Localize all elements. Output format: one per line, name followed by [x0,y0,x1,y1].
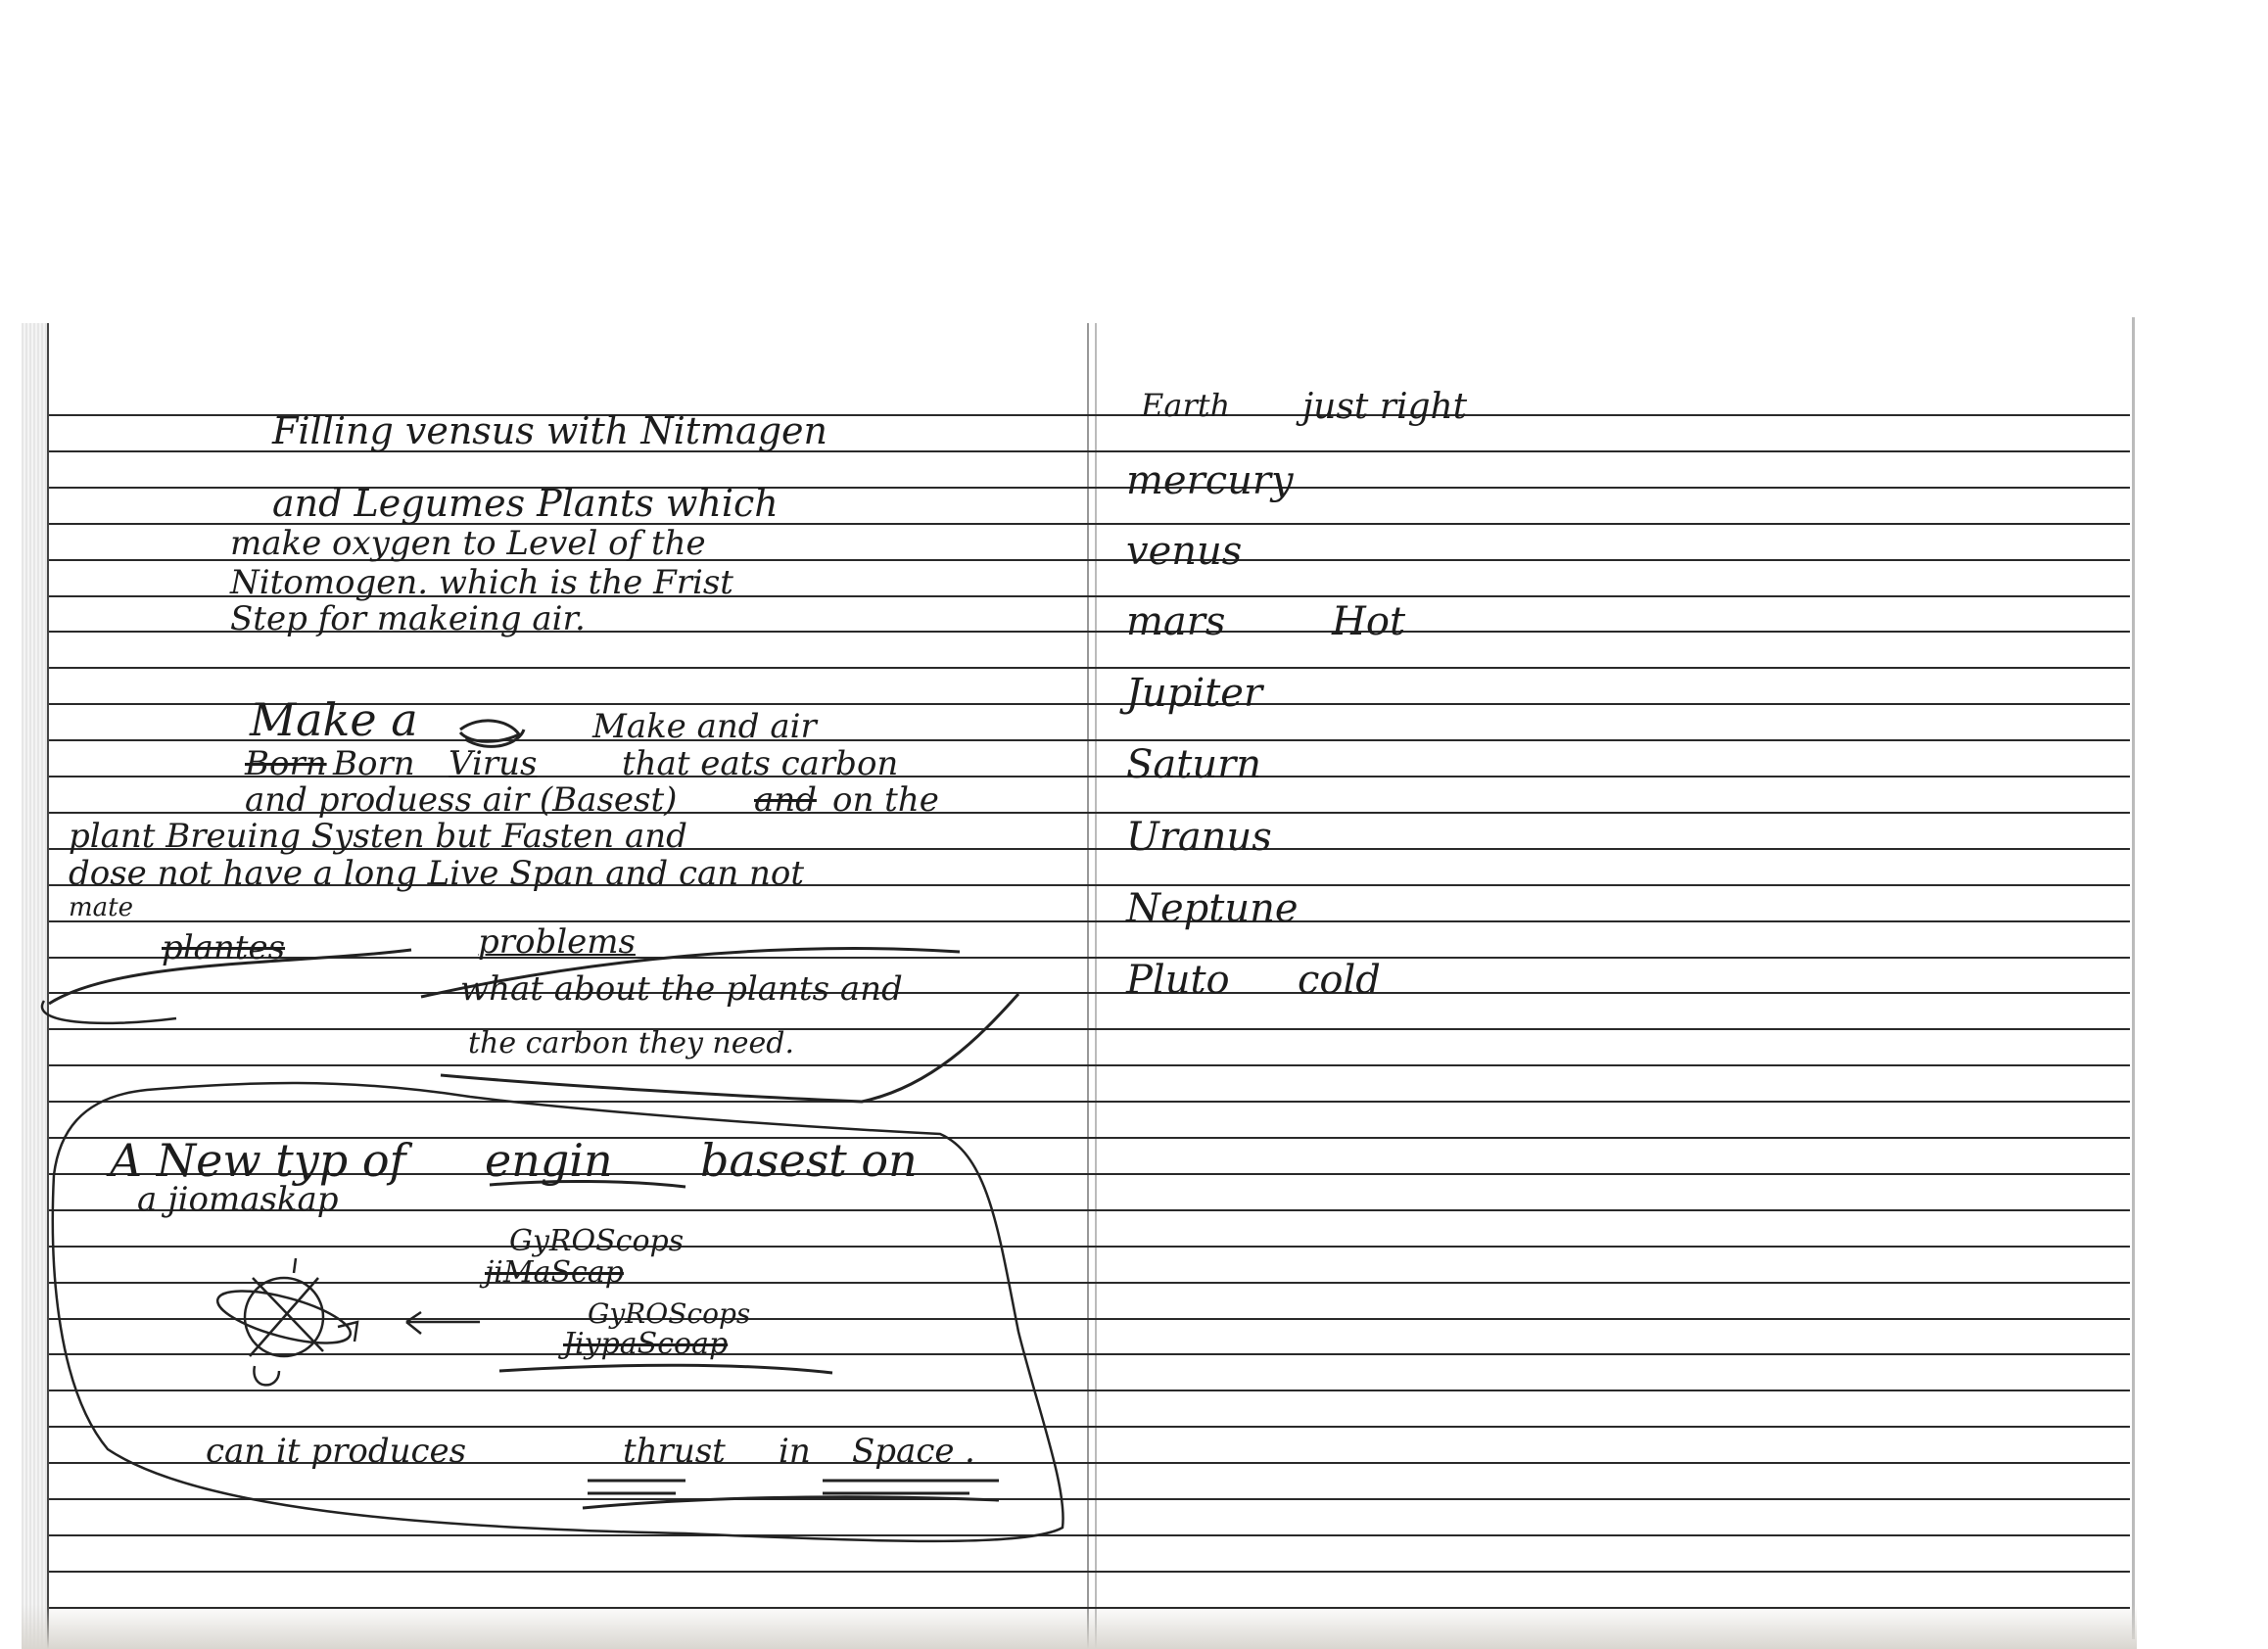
label-struck: JiypaScoap [563,1327,728,1361]
question-text: in [779,1432,811,1471]
planet-name: venus [1126,529,1242,574]
planet-name: mars [1126,599,1225,644]
note-line: mate [69,893,133,922]
note-line: Make a [250,693,418,746]
note-line: A New typ of [110,1134,406,1187]
gyroscope-drawing [213,1258,357,1385]
planet-note: just right [1302,387,1467,427]
note-line: Make and air [592,707,817,746]
planet-name: Pluto [1126,958,1230,1003]
note-line: and Legumes Plants which [272,482,779,525]
note-line: Nitomogen. which is the Frist [230,563,733,602]
planet-name: Uranus [1126,815,1272,860]
note-line: Filling vensus with Nitmagen [272,409,827,452]
note-word: that eats carbon [622,744,898,783]
note-word: on the [832,780,939,820]
note-line: make oxygen to Level of the [230,524,706,563]
question-text: can it produces [206,1432,466,1471]
note-word: Born [333,744,415,783]
underlined-word: thrust [623,1432,726,1471]
planet-note: Hot [1332,599,1405,644]
struck-word: Born [245,744,327,783]
note-line: the carbon they need. [468,1026,794,1060]
note-line: a jiomaskap [137,1180,339,1219]
label-struck: jiMaScap [485,1255,624,1290]
note-line: what about the plants and [460,969,903,1009]
note-line: Step for makeing air. [230,599,586,638]
underlined-word: Space [852,1432,955,1471]
planet-name: mercury [1126,458,1294,503]
note-line: dose not have a long Live Span and can n… [69,854,804,893]
problems-heading: problems [478,922,636,962]
struck-word: plantes [162,928,285,967]
underlined-word: Virus [449,744,537,783]
label-correct: GyROScops [588,1297,750,1330]
note-line: plant Breuing Systen but Fasten and [69,817,687,856]
question-end: . [965,1432,975,1471]
note-word: basest on [700,1134,918,1187]
struck-word: and [754,780,817,820]
underlined-word: engin [485,1134,613,1187]
planet-name: Earth [1141,387,1230,424]
planet-name: Jupiter [1126,671,1262,716]
label-correct: GyROScops [509,1224,684,1258]
planet-name: Neptune [1126,886,1299,931]
note-line: and produess air (Basest) [245,780,677,820]
planet-note: cold [1298,958,1381,1003]
planet-name: Saturn [1126,742,1261,787]
